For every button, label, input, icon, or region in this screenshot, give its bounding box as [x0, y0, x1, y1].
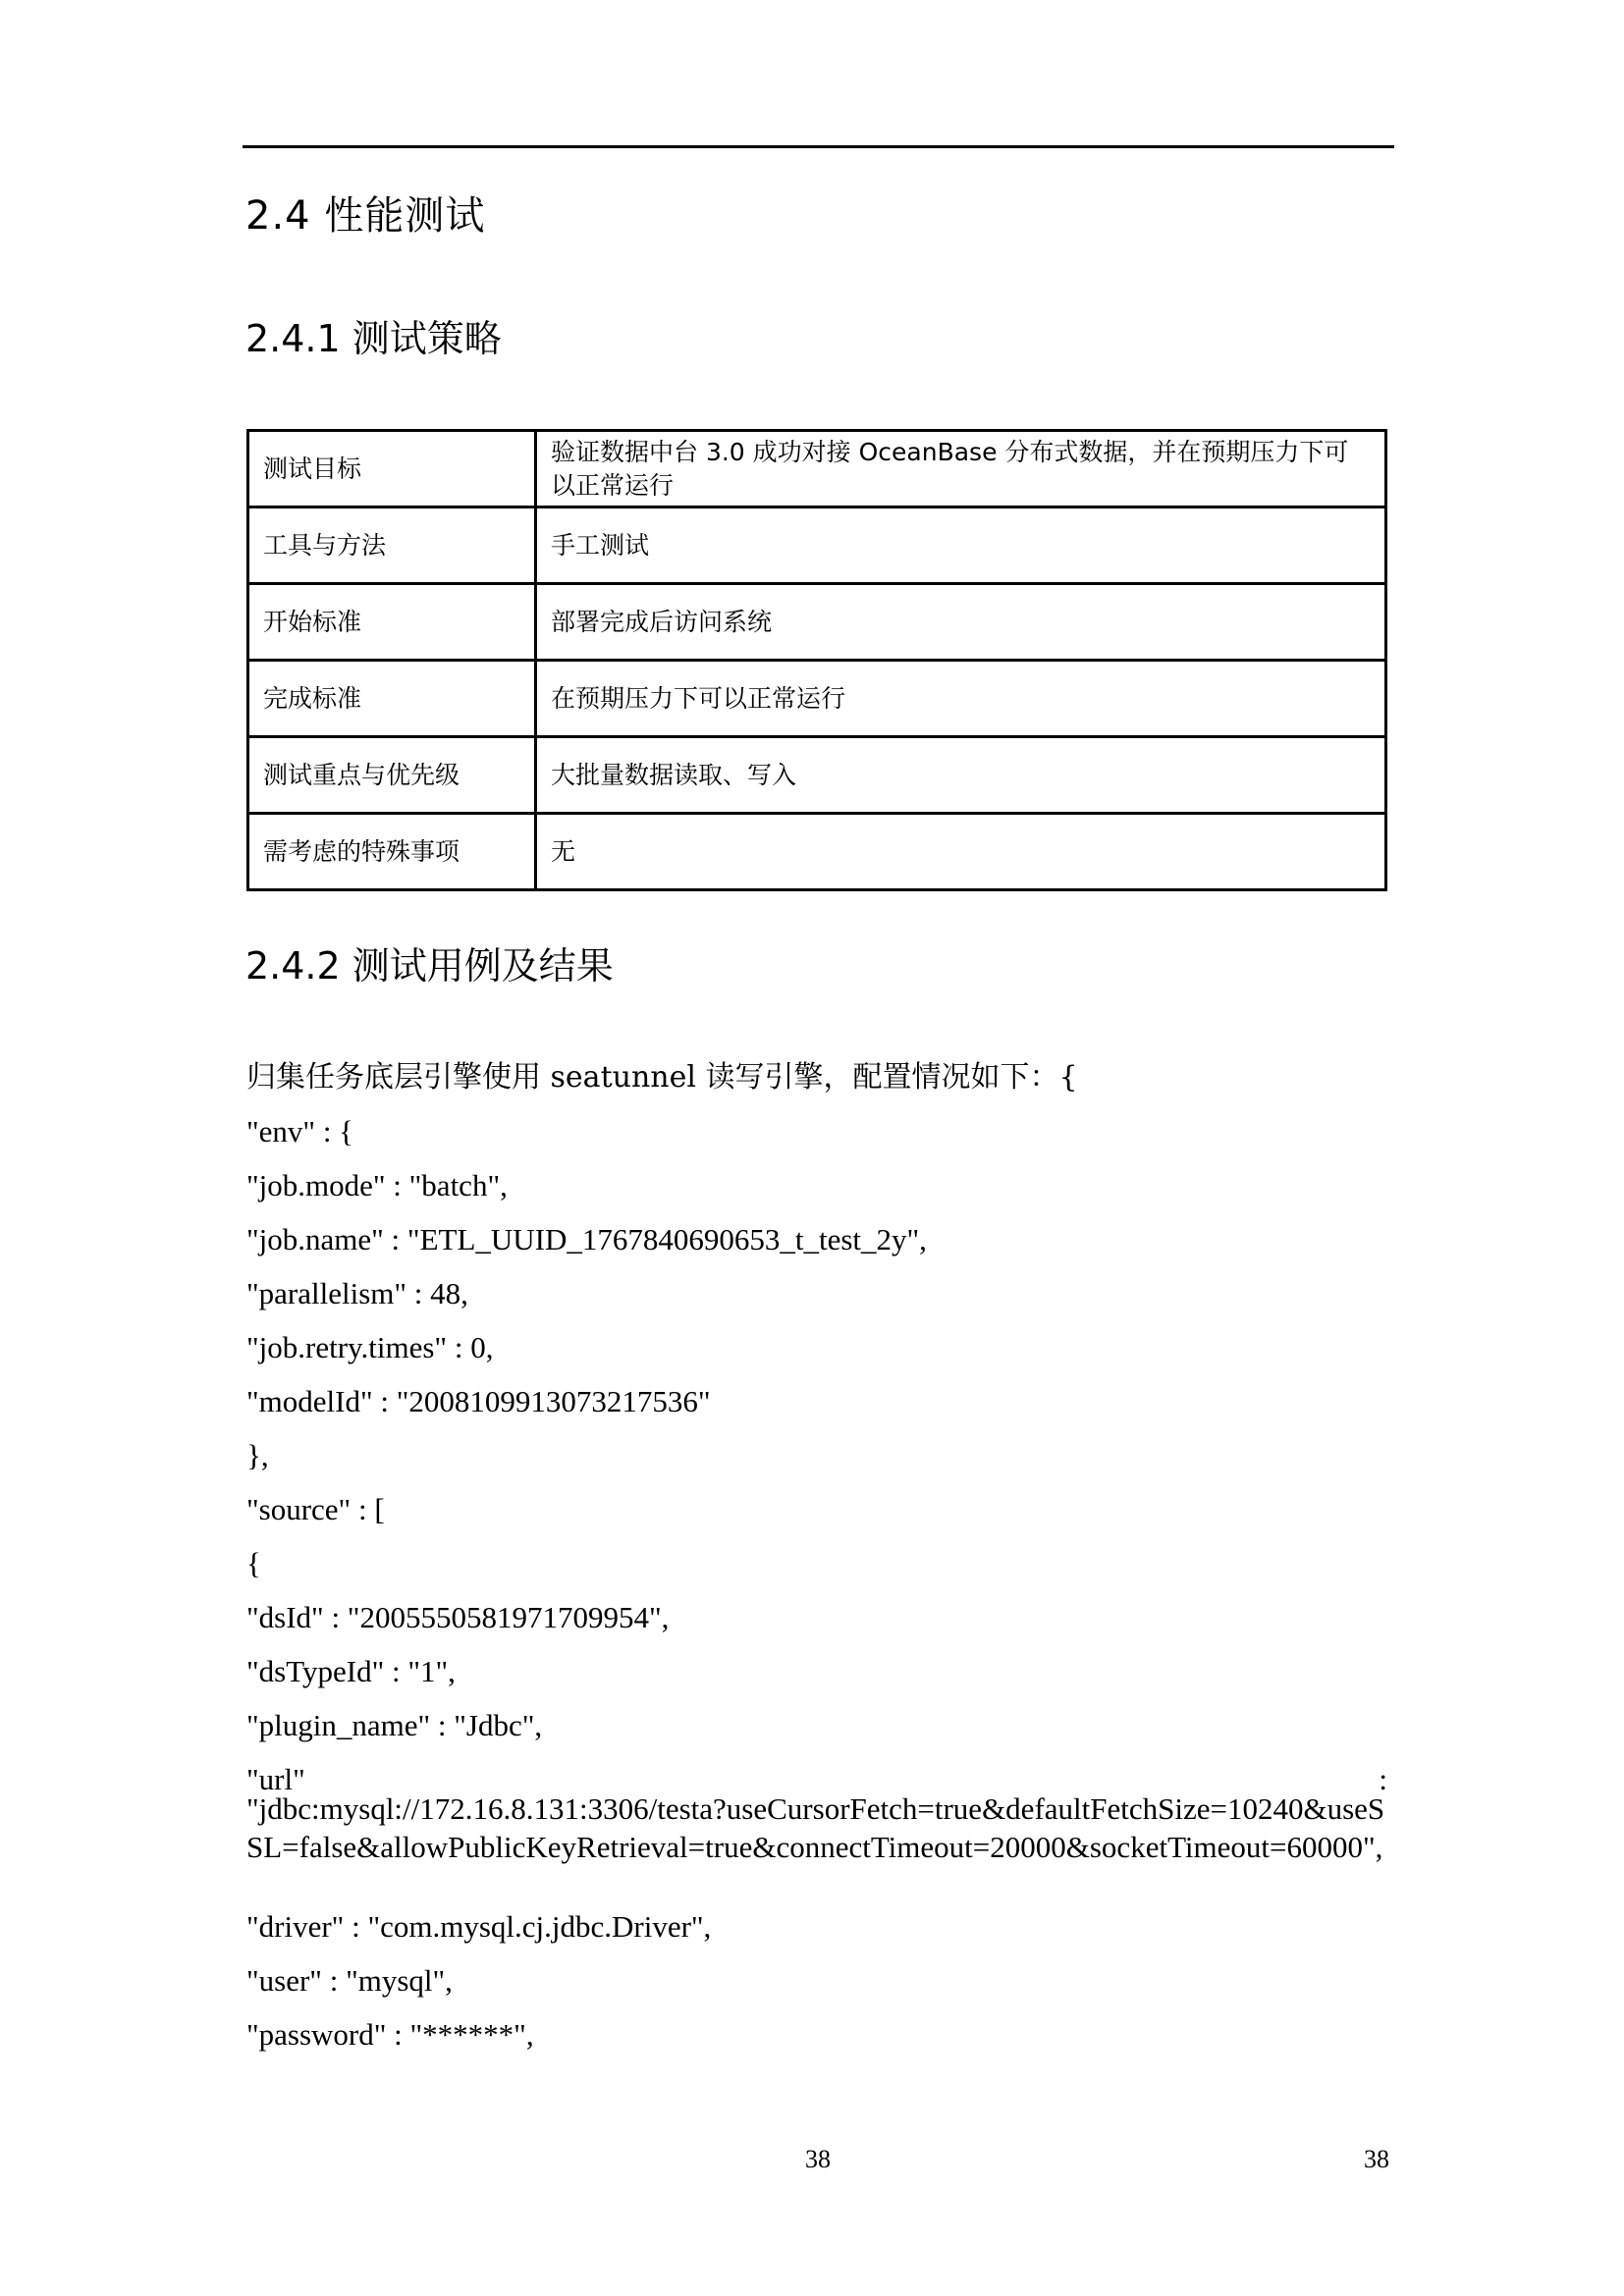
url-value: "jdbc:mysql://172.16.8.131:3306/testa?us…: [246, 1789, 1387, 1866]
table-row: 工具与方法 手工测试: [248, 507, 1386, 584]
config-line: "plugin_name" : "Jdbc",: [246, 1698, 1387, 1752]
config-line: "dsId" : "2005550581971709954",: [246, 1590, 1387, 1644]
table-cell-value: 在预期压力下可以正常运行: [536, 661, 1386, 737]
table-row: 测试重点与优先级 大批量数据读取、写入: [248, 737, 1386, 814]
config-line: "driver" : "com.mysql.cj.jdbc.Driver",: [246, 1899, 1387, 1953]
table-cell-value: 大批量数据读取、写入: [536, 737, 1386, 814]
config-line: "modelId" : "2008109913073217536": [246, 1374, 1387, 1428]
config-line: "parallelism" : 48,: [246, 1266, 1387, 1320]
table-cell-key: 需考虑的特殊事项: [248, 814, 536, 890]
config-line: "password" : "******",: [246, 2007, 1387, 2061]
table-row: 开始标准 部署完成后访问系统: [248, 584, 1386, 661]
url-config-entry: "url" : "jdbc:mysql://172.16.8.131:3306/…: [246, 1752, 1387, 1899]
header-rule: [243, 145, 1394, 148]
intro-paragraph: 归集任务底层引擎使用 seatunnel 读写引擎，配置情况如下：{: [246, 1050, 1387, 1104]
table-row: 完成标准 在预期压力下可以正常运行: [248, 661, 1386, 737]
table-cell-key: 测试重点与优先级: [248, 737, 536, 814]
config-line: "dsTypeId" : "1",: [246, 1644, 1387, 1698]
table-cell-value: 部署完成后访问系统: [536, 584, 1386, 661]
table-cell-key: 完成标准: [248, 661, 536, 737]
table-row: 测试目标 验证数据中台 3.0 成功对接 OceanBase 分布式数据，并在预…: [248, 431, 1386, 507]
config-body: 归集任务底层引擎使用 seatunnel 读写引擎，配置情况如下：{ "env"…: [246, 1050, 1387, 2061]
config-line: "job.name" : "ETL_UUID_1767840690653_t_t…: [246, 1212, 1387, 1266]
table-row: 需考虑的特殊事项 无: [248, 814, 1386, 890]
config-line: "user" : "mysql",: [246, 1953, 1387, 2007]
table-cell-key: 测试目标: [248, 431, 536, 507]
table-cell-key: 开始标准: [248, 584, 536, 661]
table-cell-value: 验证数据中台 3.0 成功对接 OceanBase 分布式数据，并在预期压力下可…: [536, 431, 1386, 507]
subsection-heading-cases: 2.4.2 测试用例及结果: [245, 947, 614, 985]
config-line: "source" : [: [246, 1482, 1387, 1536]
config-line: "job.mode" : "batch",: [246, 1158, 1387, 1212]
config-line: "env" : {: [246, 1104, 1387, 1158]
subsection-heading-strategy: 2.4.1 测试策略: [245, 320, 502, 357]
config-line: {: [246, 1536, 1387, 1590]
section-heading: 2.4 性能测试: [245, 196, 485, 236]
table-cell-key: 工具与方法: [248, 507, 536, 584]
page-number-center: 38: [805, 2145, 831, 2174]
test-strategy-table: 测试目标 验证数据中台 3.0 成功对接 OceanBase 分布式数据，并在预…: [246, 429, 1387, 891]
page-number-right: 38: [1364, 2145, 1389, 2174]
config-line: "job.retry.times" : 0,: [246, 1320, 1387, 1374]
config-line: },: [246, 1428, 1387, 1482]
table-cell-value: 手工测试: [536, 507, 1386, 584]
table-cell-value: 无: [536, 814, 1386, 890]
